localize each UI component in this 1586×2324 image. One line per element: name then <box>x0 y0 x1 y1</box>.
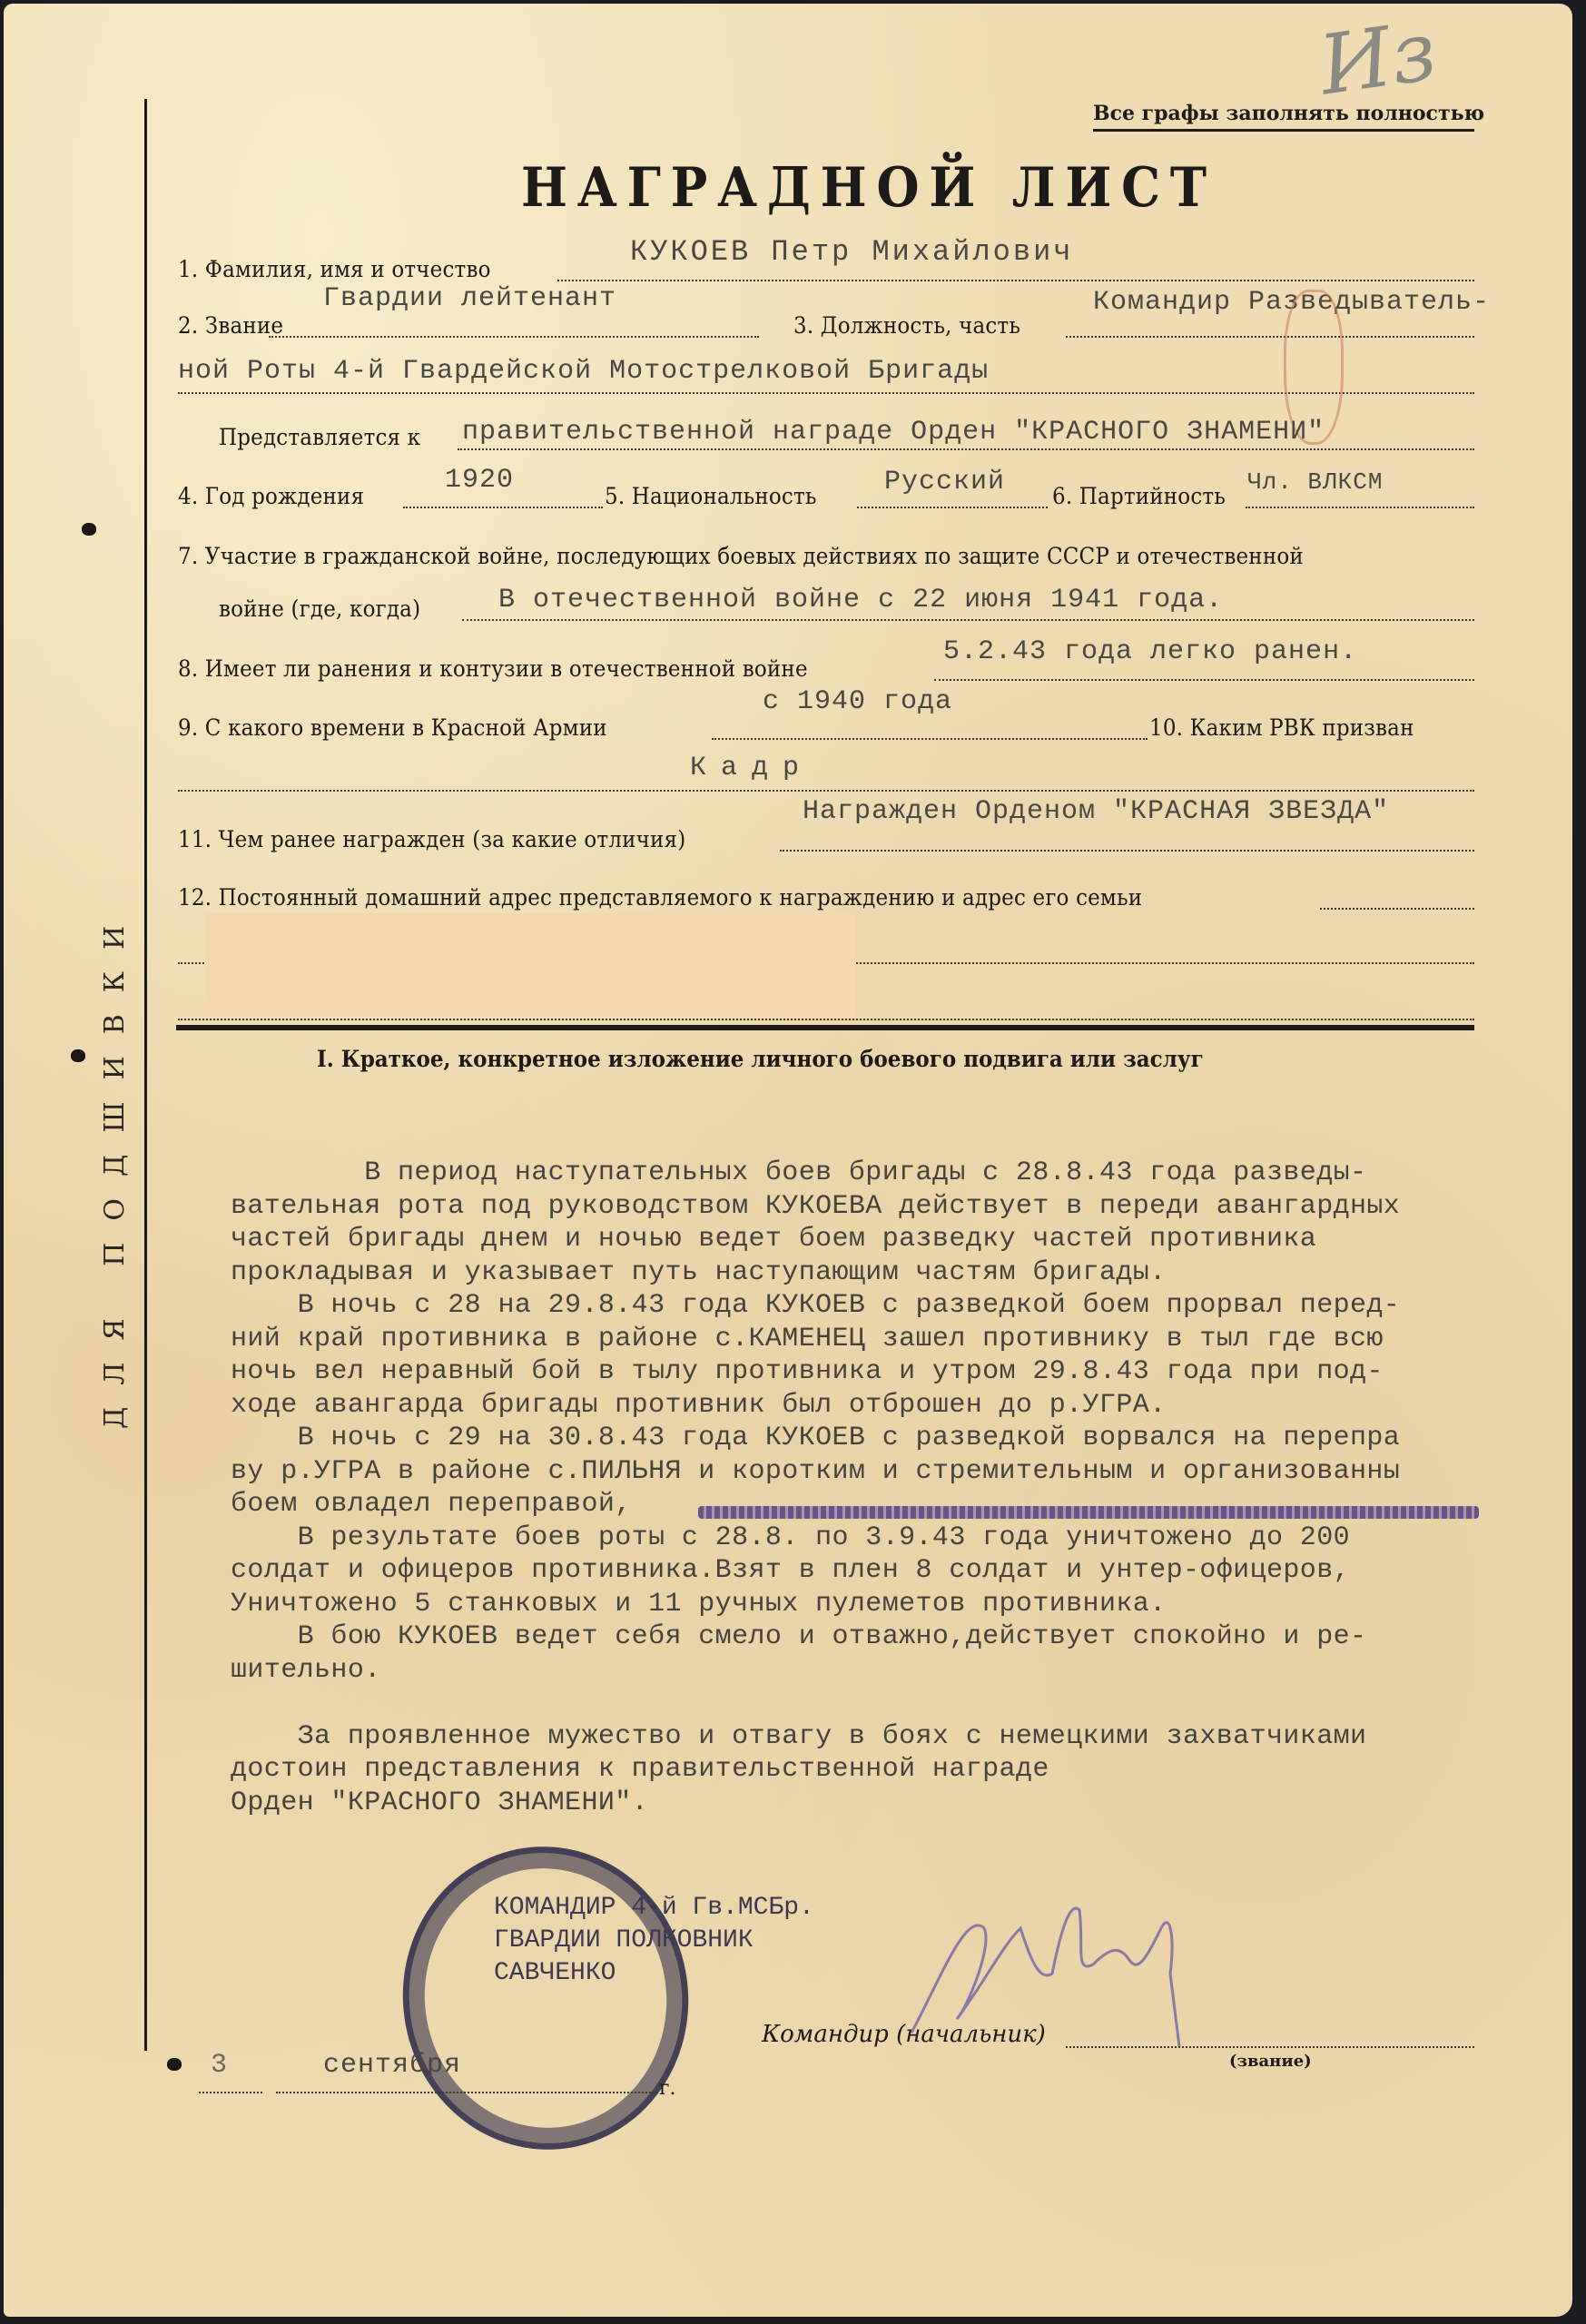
field-4-value[interactable]: 1920 <box>445 465 514 496</box>
date-month[interactable]: сентября <box>323 2050 461 2081</box>
field-2-label: 2. Звание <box>178 312 283 339</box>
field-11-value[interactable]: Награжден Орденом "КРАСНАЯ ЗВЕЗДА" <box>803 796 1389 827</box>
ink-strikeout <box>698 1506 1479 1519</box>
binding-margin-line <box>144 99 147 2051</box>
field-8-value[interactable]: 5.2.43 года легко ранен. <box>943 636 1357 667</box>
date-day[interactable]: 3 <box>211 2050 228 2081</box>
document-title: НАГРАДНОЙ ЛИСТ <box>521 156 1217 220</box>
field-3-value-line2[interactable]: ной Роты 4-й Гвардейской Мотострелковой … <box>178 356 989 387</box>
field-7-label-line1: 7. Участие в гражданской войне, последую… <box>178 543 1304 569</box>
field-10-line <box>178 790 1474 792</box>
field-1-label: 1. Фамилия, имя и отчество <box>178 256 491 282</box>
section-1-narrative: В период наступательных боев бригады с 2… <box>231 1157 1400 1819</box>
field-12-label: 12. Постоянный домашний адрес представля… <box>178 884 1142 911</box>
date-day-line <box>199 2092 262 2093</box>
field-6-line <box>1246 507 1474 508</box>
field-9-value[interactable]: с 1940 года <box>763 686 952 717</box>
field-11-line <box>780 850 1474 852</box>
rank-caption: (звание) <box>1229 2052 1312 2071</box>
field-8-label: 8. Имеет ли ранения и контузии в отечест… <box>178 655 808 682</box>
official-seal <box>383 1828 707 2168</box>
field-1-value[interactable]: КУКОЕВ Петр Михайлович <box>630 235 1073 269</box>
redacted-address <box>205 913 855 1018</box>
field-11-label: 11. Чем ранее награжден (за какие отличи… <box>178 826 685 852</box>
field-2-line <box>269 336 759 338</box>
field-12-line <box>1320 908 1474 910</box>
field-1-line <box>557 280 1474 281</box>
punch-hole <box>71 1049 85 1062</box>
field-4-label: 4. Год рождения <box>178 483 364 509</box>
date-year-suffix: г. <box>659 2077 676 2100</box>
field-10-label: 10. Каким РВК призван <box>1149 714 1414 741</box>
field-6-label: 6. Партийность <box>1052 483 1226 509</box>
commander-label: Командир (начальник) <box>762 2021 1046 2048</box>
field-10-value[interactable]: Кадр <box>690 753 813 783</box>
field-12-line-3 <box>178 1019 1474 1020</box>
nomination-label: Представляется к <box>219 424 420 450</box>
field-3-label: 3. Должность, часть <box>793 312 1020 339</box>
punch-hole <box>167 2058 182 2071</box>
commander-line <box>1066 2046 1474 2048</box>
binding-margin-label: ДЛЯ ПОДШИВКИ <box>99 904 131 1429</box>
field-4-line <box>403 507 603 508</box>
instruction-note: Все графы заполнять полностью <box>1093 102 1484 125</box>
field-5-value[interactable]: Русский <box>884 467 1005 497</box>
section-1-title: I. Краткое, конкретное изложение личного… <box>317 1046 1204 1072</box>
field-6-value[interactable]: Чл. ВЛКСМ <box>1247 468 1383 496</box>
field-2-value[interactable]: Гвардии лейтенант <box>323 283 616 314</box>
field-9-label: 9. С какого времени в Красной Армии <box>178 714 607 741</box>
field-8-line <box>934 679 1474 681</box>
field-3-line <box>1066 336 1474 338</box>
award-sheet-page: ДЛЯ ПОДШИВКИ Из Все графы заполнять полн… <box>4 4 1572 2317</box>
field-7-line <box>462 619 1474 621</box>
date-month-line <box>276 2092 657 2093</box>
commander-stamp-text: КОМАНДИР 4-й Гв.МСБр. ГВАРДИИ ПОЛКОВНИК … <box>494 1892 814 1990</box>
nomination-line <box>458 448 1474 450</box>
field-9-line <box>712 738 1148 740</box>
field-5-label: 5. Национальность <box>605 483 817 509</box>
instruction-underline <box>1093 129 1474 132</box>
section-divider <box>176 1025 1474 1030</box>
nomination-value[interactable]: правительственной награде Орден "КРАСНОГ… <box>462 417 1325 448</box>
field-5-line <box>857 507 1048 508</box>
field-3-line-2 <box>178 392 1474 394</box>
field-7-value[interactable]: В отечественной войне с 22 июня 1941 год… <box>498 585 1223 615</box>
punch-hole <box>82 523 96 536</box>
pencil-annotation: Из <box>1314 4 1442 114</box>
field-7-label-line2: войне (где, когда) <box>219 596 420 622</box>
